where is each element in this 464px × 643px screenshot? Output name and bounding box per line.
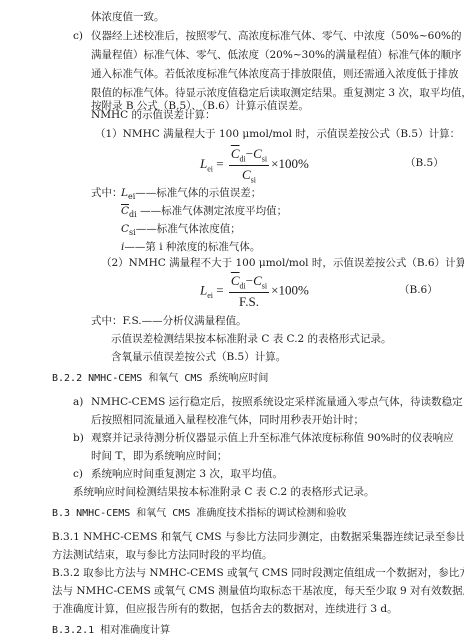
- list-label-b: b): [73, 431, 84, 445]
- definition-text: ——标准气体测定浓度平均值；: [140, 205, 287, 217]
- equals-sign: =: [216, 282, 223, 297]
- text-line: 含氧量示值误差按公式（B.5）计算。: [111, 350, 286, 364]
- text-line: 后按照相同流量通入量程校准气体，同时用秒表开始计时；: [91, 413, 364, 427]
- where-label: 式中：: [91, 186, 123, 200]
- minus-sign: −: [246, 146, 253, 161]
- equals-sign: =: [216, 156, 223, 171]
- definition-Cd: Cdi ——标准气体测定浓度平均值；: [121, 204, 287, 222]
- text-line: 时间 T，即为系统响应时间；: [91, 449, 227, 463]
- text-line: 仪器经上述校准后，按照零气、高浓度标准气体、零气、中浓度（50%~60%的: [91, 29, 461, 43]
- subscript: si: [129, 228, 136, 237]
- text-line: 限值的标准气体。待显示浓度值稳定后读取测定结果。重复测定 3 次，取平均值，: [91, 86, 464, 100]
- equation-number-b5: （B.5）: [405, 155, 444, 170]
- definition-text: ——标准气体的示值误差；: [135, 187, 261, 199]
- list-label-c2: c): [73, 467, 83, 481]
- text-line: 法与 NMHC-CEMS 或氧气 CMS 测量值均取标态干基浓度，每天至少取 9…: [52, 584, 464, 598]
- text-line: B.3.2 取参比方法与 NMHC-CEMS 或氧气 CMS 同时段测定值组成一…: [52, 566, 464, 580]
- text-line: 示值误差检测结果按本标准附录 C 表 C.2 的表格形式记录。: [111, 332, 392, 346]
- text-line: 体浓度值一致。: [91, 10, 165, 24]
- minus-sign: −: [246, 273, 253, 288]
- subscript: si: [251, 175, 256, 184]
- symbol-C: C: [121, 223, 129, 235]
- equation-number-b6: （B.6）: [399, 282, 438, 297]
- mean-concentration-symbol: C: [231, 273, 240, 288]
- formula-lhs-sub: ei: [207, 165, 213, 174]
- case-1-text: （1）NMHC 满量程大于 100 μmol/mol 时，示值误差按公式（B.5…: [95, 127, 460, 141]
- fraction: Cdi−Csi Csi: [229, 146, 269, 184]
- symbol-C-mean: C: [121, 205, 129, 217]
- definition-text: ——第 i 种浓度的标准气体。: [124, 241, 260, 253]
- definition-L: Lei——标准气体的示值误差；: [121, 186, 261, 204]
- text-line: 观察并记录待测分析仪器显示值上升至标准气体浓度标称值 90%时的仪表响应: [91, 431, 454, 445]
- definition-Cs: Csi——标准气体浓度值；: [121, 222, 241, 240]
- std-concentration-symbol: C: [253, 146, 262, 161]
- section-heading-b22: B.2.2 NMHC-CEMS 和氧气 CMS 系统响应时间: [52, 372, 268, 386]
- definition-text: ——标准气体浓度值；: [136, 223, 241, 235]
- list-label-a: a): [73, 395, 83, 409]
- text-line: 通入标准气体。若低浓度标准气体浓度高于排放限值，则还需通入浓度低于排放: [91, 67, 459, 81]
- subscript: di: [129, 210, 137, 219]
- section-heading-b3: B.3 NMHC-CEMS 和氧气 CMS 准确度技术指标的调试检测和验收: [52, 507, 346, 521]
- case-2-text: （2）NMHC 满量程不大于 100 μmol/mol 时，示值误差按公式（B.…: [101, 256, 464, 270]
- fraction: Cdi−Csi F.S.: [229, 273, 269, 310]
- formula-b6: Lei = Cdi−Csi F.S. ×100%: [200, 273, 309, 310]
- text-line: B.3.1 NMHC-CEMS 和氧气 CMS 与参比方法同步测定，由数据采集器…: [52, 530, 464, 544]
- full-scale-denominator: F.S.: [229, 293, 269, 310]
- formula-lhs-sub: ei: [207, 291, 213, 300]
- subscript: si: [262, 282, 267, 291]
- denominator-symbol: C: [242, 167, 251, 182]
- text-line: 系统响应时间检测结果按本标准附录 C 表 C.2 的表格形式记录。: [73, 485, 375, 499]
- list-label-c: c): [73, 29, 83, 43]
- text-line: NMHC-CEMS 运行稳定后，按照系统设定采样流量通入零点气体，待读数稳定: [91, 395, 463, 409]
- section-heading-nmhc: NMHC 的示值误差计算：: [91, 108, 215, 122]
- definition-fs: 式中：F.S.——分析仪满量程值。: [91, 314, 247, 328]
- definition-i: i——第 i 种浓度的标准气体。: [121, 240, 260, 254]
- formula-b5: Lei = Cdi−Csi Csi ×100%: [200, 146, 309, 184]
- text-line: 系统响应时间重复测定 3 次，取平均值。: [91, 467, 283, 481]
- section-heading-b321: B.3.2.1 相对准确度计算: [52, 624, 170, 638]
- subscript: si: [262, 155, 267, 164]
- mean-concentration-symbol: C: [231, 146, 240, 161]
- std-concentration-symbol: C: [253, 273, 262, 288]
- times-100-percent: ×100%: [271, 282, 309, 297]
- times-100-percent: ×100%: [271, 156, 309, 171]
- symbol-L: L: [121, 187, 128, 199]
- text-line: 方法测试结束，取与参比方法同时段的平均值。: [52, 548, 273, 562]
- text-line: 满量程值）标准气体、零气、低浓度（20%~30%的满量程值）标准气体的顺序: [91, 48, 461, 62]
- text-line: 于准确度计算，但应报告所有的数据，包括舍去的数据对，连续进行 3 d。: [52, 602, 398, 616]
